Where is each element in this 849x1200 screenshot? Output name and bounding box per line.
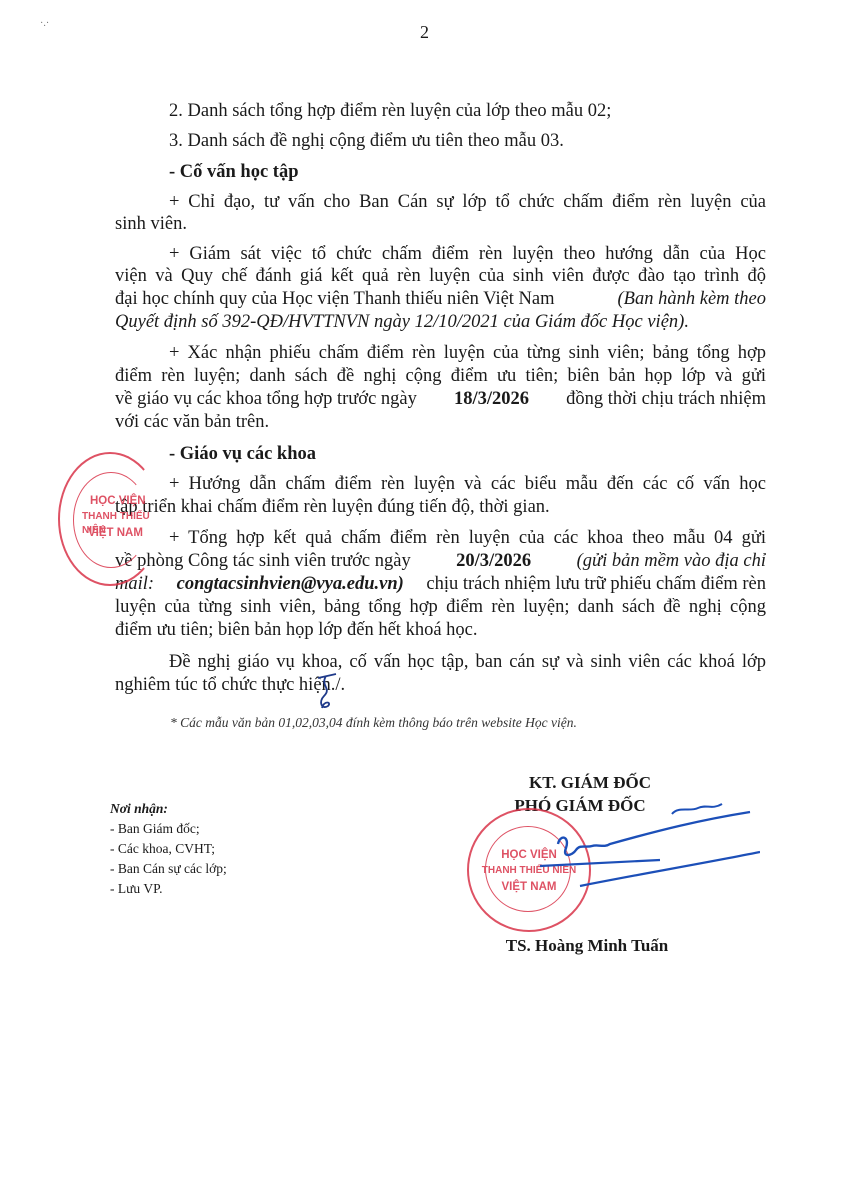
heading-faculty: - Giáo vụ các khoa [169, 442, 316, 466]
advisor-p2-line3-text: đại học chính quy của Học viện Thanh thi… [115, 287, 555, 311]
signature-title-1: KT. GIÁM ĐỐC [490, 773, 690, 793]
recipients-block: Nơi nhận: - Ban Giám đốc; - Các khoa, CV… [110, 799, 227, 899]
document-page: ·.· 2 2. Danh sách tổng hợp điểm rèn luy… [0, 0, 849, 1200]
advisor-p3-line3-text-end: đồng thời chịu trách nhiệm [566, 387, 766, 411]
recipient-item: - Lưu VP. [110, 879, 227, 899]
page-seal-line-3: VIỆT NAM [60, 526, 160, 540]
heading-advisor: - Cố vấn học tập [169, 160, 299, 184]
closing-line1: Đề nghị giáo vụ khoa, cố vấn học tập, ba… [169, 650, 766, 674]
faculty-p2-line1: + Tổng hợp kết quả chấm điểm rèn luyện c… [169, 526, 766, 550]
faculty-p1-line2: tập triển khai chấm điểm rèn luyện đúng … [115, 495, 550, 519]
handwritten-signature-icon [500, 800, 760, 890]
faculty-p2-line5: điểm ưu tiên; biên bản họp lớp đến hết k… [115, 618, 478, 642]
advisor-p2-line1: + Giám sát việc tổ chức chấm điểm rèn lu… [169, 242, 766, 266]
advisor-p2-line3: đại học chính quy của Học viện Thanh thi… [115, 287, 766, 311]
page-number: 2 [0, 22, 849, 43]
faculty-p2-line2-text: về phòng Công tác sinh viên trước ngày [115, 549, 411, 573]
signer-name: TS. Hoàng Minh Tuấn [487, 936, 687, 956]
recipient-item: - Các khoa, CVHT; [110, 839, 227, 859]
advisor-p1-line2: sinh viên. [115, 212, 187, 236]
recipients-title: Nơi nhận: [110, 799, 227, 819]
advisor-p3-line3: về giáo vụ các khoa tổng hợp trước ngày … [115, 387, 766, 411]
attachment-note: * Các mẫu văn bản 01,02,03,04 đính kèm t… [170, 711, 577, 735]
list-item-3: 3. Danh sách đề nghị cộng điểm ưu tiên t… [169, 129, 564, 153]
faculty-p2-line2: về phòng Công tác sinh viên trước ngày 2… [115, 549, 766, 573]
faculty-p2-line2-italic: (gửi bản mềm vào địa chỉ [577, 549, 766, 573]
advisor-p3-line4: với các văn bản trên. [115, 410, 269, 434]
faculty-p2-line4: luyện của từng sinh viên, bảng tổng hợp … [115, 595, 766, 619]
faculty-p2-line3-text: chịu trách nhiệm lưu trữ phiếu chấm điểm… [426, 572, 766, 596]
contact-email: congtacsinhvien@vya.edu.vn) [177, 572, 404, 596]
advisor-p3-line2: điểm rèn luyện; danh sách đề nghị cộng đ… [115, 364, 766, 388]
advisor-p1-line1: + Chỉ đạo, tư vấn cho Ban Cán sự lớp tổ … [169, 190, 766, 214]
initial-mark-icon [312, 672, 342, 714]
advisor-p2-line3-italic: (Ban hành kèm theo [618, 287, 766, 311]
recipient-item: - Ban Cán sự các lớp; [110, 859, 227, 879]
advisor-p3-line1: + Xác nhận phiếu chấm điểm rèn luyện của… [169, 341, 766, 365]
advisor-p3-line3-text: về giáo vụ các khoa tổng hợp trước ngày [115, 387, 417, 411]
page-seal: HỌC VIỆN THANH THIẾU NIÊN VIỆT NAM [58, 452, 162, 586]
advisor-p2-line2: viện và Quy chế đánh giá kết quả rèn luy… [115, 264, 766, 288]
faculty-p1-line1: + Hướng dẫn chấm điểm rèn luyện và các b… [169, 472, 766, 496]
page-seal-line-1: HỌC VIỆN [60, 494, 160, 508]
closing-line2: nghiêm túc tổ chức thực hiện./. [115, 673, 345, 697]
deadline-date-2: 20/3/2026 [456, 549, 531, 573]
faculty-p2-line3: mail: congtacsinhvien@vya.edu.vn) chịu t… [115, 572, 766, 596]
recipient-item: - Ban Giám đốc; [110, 819, 227, 839]
advisor-p2-line4: Quyết định số 392-QĐ/HVTTNVN ngày 12/10/… [115, 310, 689, 334]
list-item-2: 2. Danh sách tổng hợp điểm rèn luyện của… [169, 99, 611, 123]
deadline-date-1: 18/3/2026 [454, 387, 529, 411]
